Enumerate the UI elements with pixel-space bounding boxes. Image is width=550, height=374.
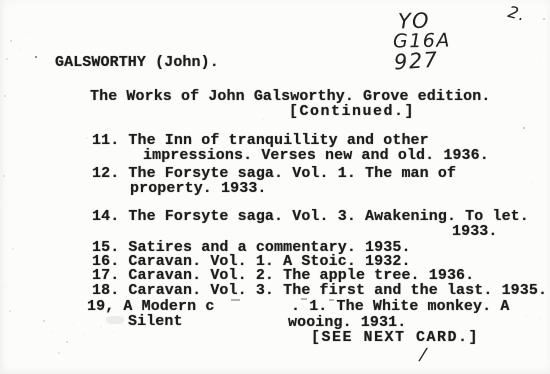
erasure-smudge	[106, 316, 124, 324]
handwritten-corner-mark: 2.	[506, 2, 528, 25]
entry-14-line-2: 1933.	[452, 224, 498, 239]
entry-19-line-2-right: wooing. 1931.	[288, 315, 406, 330]
entry-18-line-1: 18. Caravan. Vol. 3. The first and the l…	[92, 283, 547, 298]
card-heading: GALSWORTHY (John).	[55, 55, 219, 70]
card-continued-note: [Continued.]	[289, 104, 415, 119]
entry-19-line-1-right: . 1. The White monkey. A	[291, 299, 509, 314]
entry-17-line-1: 17. Caravan. Vol. 2. The apple tree. 193…	[92, 268, 474, 283]
handwritten-classmark-line3: 927	[393, 47, 439, 74]
see-next-card-note: [SEE NEXT CARD.]	[311, 330, 479, 345]
card-title: The Works of John Galsworthy. Grove edit…	[90, 89, 490, 104]
handwritten-tick-mark: /	[419, 345, 428, 366]
entry-11-line-2: impressions. Verses new and old. 1936.	[143, 148, 489, 163]
entry-12-line-1: 12. The Forsyte saga. Vol. 1. The man of	[92, 166, 456, 181]
erasure-dash	[231, 299, 240, 301]
catalog-card: YO G16A 927 2. / GALSWORTHY (John). The …	[0, 0, 550, 374]
entry-11-line-1: 11. The Inn of tranquillity and other	[92, 133, 429, 148]
entry-12-line-2: property. 1933.	[130, 181, 267, 196]
entry-19-line-1-left: 19, A Modern c	[87, 299, 214, 314]
entry-14-line-1: 14. The Forsyte saga. Vol. 3. Awakening.…	[92, 209, 529, 224]
scan-noise-speckles	[0, 0, 2, 2]
entry-19-line-2-left: Silent	[128, 314, 183, 329]
